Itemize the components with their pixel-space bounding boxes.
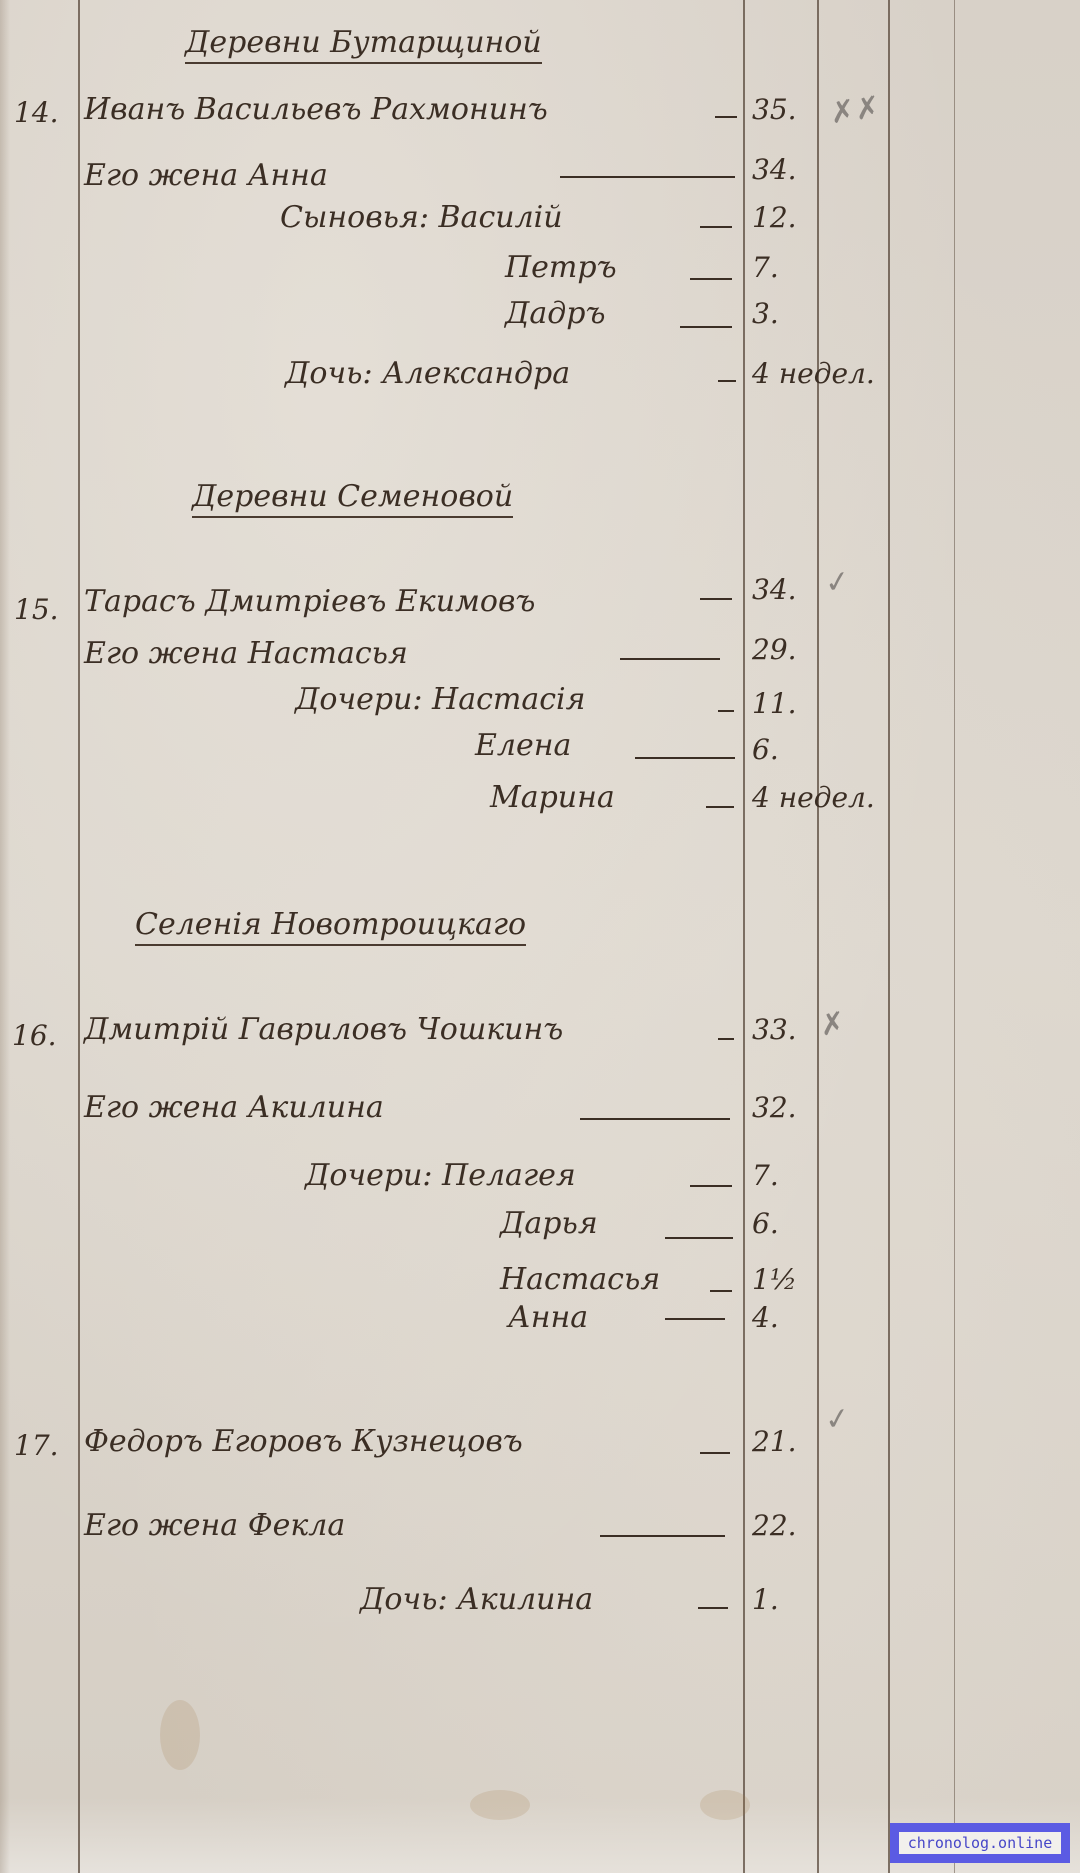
household-member: Анна: [508, 1300, 588, 1336]
household-member: Елена: [475, 728, 571, 764]
household-member: Дадръ: [505, 296, 606, 332]
watermark-text: chronolog.online: [899, 1832, 1061, 1854]
age-value: 34.: [752, 572, 797, 608]
age-value: 32.: [752, 1090, 797, 1126]
age-value: 21.: [752, 1424, 797, 1460]
household-member: Его жена Настасья: [84, 636, 408, 672]
leader-dash: [690, 1185, 732, 1187]
paper-stain: [700, 1790, 750, 1820]
paper-stain: [160, 1700, 200, 1770]
watermark-badge: chronolog.online: [890, 1823, 1070, 1863]
leader-dash: [718, 1038, 734, 1040]
section-heading: Деревни Бутарщиной: [185, 26, 542, 64]
head-of-household: Тарасъ Дмитріевъ Екимовъ: [84, 584, 535, 620]
age-value: 6.: [752, 732, 779, 768]
leader-dash: [698, 1607, 728, 1609]
section-heading: Селенія Новотроицкаго: [135, 908, 526, 946]
leader-dash: [718, 380, 736, 382]
leader-dash: [706, 806, 734, 808]
age-value: 4.: [752, 1300, 779, 1336]
age-value: 34.: [752, 152, 797, 188]
age-value: 33.: [752, 1012, 797, 1048]
household-member: Петръ: [505, 250, 617, 286]
margin-rule: [78, 0, 80, 1873]
pencil-mark-icon: ✗✗: [828, 93, 882, 130]
section-heading: Деревни Семеновой: [192, 480, 513, 518]
age-value: 11.: [752, 686, 797, 722]
leader-dash: [580, 1118, 730, 1120]
household-member: Дочь: Акилина: [360, 1582, 593, 1618]
outer-column-rule: [954, 0, 955, 1873]
pencil-mark-icon: ✗: [818, 1008, 847, 1041]
household-member: Его жена Фекла: [84, 1508, 345, 1544]
age-value: 4 недел.: [752, 780, 875, 816]
leader-dash: [700, 226, 732, 228]
leader-dash: [700, 1452, 730, 1454]
age-value: 7.: [752, 1158, 779, 1194]
head-of-household: Федоръ Егоровъ Кузнецовъ: [84, 1424, 523, 1460]
entry-number: 14.: [14, 95, 59, 131]
age-value: 7.: [752, 250, 779, 286]
leader-dash: [715, 116, 737, 118]
leader-dash: [700, 598, 732, 600]
pencil-check-icon: ✓: [823, 566, 852, 599]
household-member: Дарья: [500, 1206, 598, 1242]
paper-stain: [470, 1790, 530, 1820]
leader-dash: [635, 757, 735, 759]
head-of-household: Дмитрій Гавриловъ Чошкинъ: [84, 1012, 563, 1048]
household-member: Дочери: Настасія: [295, 682, 585, 718]
household-member: Дочь: Александра: [285, 356, 570, 392]
leader-dash: [710, 1290, 732, 1292]
age-value: 29.: [752, 632, 797, 668]
household-member: Сыновья: Василій: [280, 200, 563, 236]
mark-column-rule: [888, 0, 890, 1873]
age-value: 4 недел.: [752, 356, 875, 392]
age-value: 12.: [752, 200, 797, 236]
age-column-rule-left: [743, 0, 745, 1873]
head-of-household: Иванъ Васильевъ Рахмонинъ: [84, 92, 548, 128]
leader-dash: [560, 176, 735, 178]
entry-number: 16.: [12, 1018, 57, 1054]
document-page: Деревни Бутарщиной 14. Иванъ Васильевъ Р…: [0, 0, 1080, 1873]
age-value: 22.: [752, 1508, 797, 1544]
leader-dash: [665, 1237, 733, 1239]
household-member: Его жена Акилина: [84, 1090, 384, 1126]
leader-dash: [620, 658, 720, 660]
pencil-check-icon: ✓: [823, 1403, 852, 1436]
page-edge-shadow: [0, 0, 10, 1873]
entry-number: 15.: [14, 592, 59, 628]
household-member: Настасья: [500, 1262, 660, 1298]
age-value: 6.: [752, 1206, 779, 1242]
leader-dash: [718, 710, 734, 712]
leader-dash: [600, 1535, 725, 1537]
age-value: 35.: [752, 92, 797, 128]
age-value: 3.: [752, 296, 779, 332]
household-member: Дочери: Пелагея: [305, 1158, 576, 1194]
entry-number: 17.: [14, 1428, 59, 1464]
age-column-rule-right: [817, 0, 819, 1873]
household-member: Марина: [490, 780, 615, 816]
age-value: 1.: [752, 1582, 779, 1618]
household-member: Его жена Анна: [84, 158, 328, 194]
age-value: 1½: [752, 1262, 797, 1298]
leader-dash: [690, 278, 732, 280]
leader-dash: [680, 326, 732, 328]
leader-dash: [665, 1318, 725, 1320]
